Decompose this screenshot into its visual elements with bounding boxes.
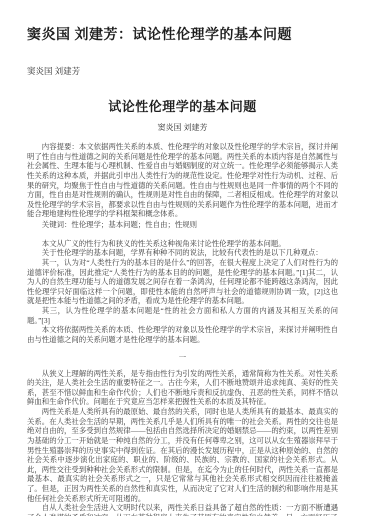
body-paragraph: 从狭义上理解的两性关系，是专指由性行为引发的两性关系，通常简称为性关系。对性关系… bbox=[27, 369, 338, 408]
body-paragraph: 两性关系是人类所具有的最原始、最自然的关系，同时也是人类所具有的最基本、最真实的… bbox=[27, 407, 338, 503]
body-paragraph: 自从人类社会生活进入文明时代以来，两性关系日益具备了超自然的性质：一方面不断遭遇… bbox=[27, 503, 338, 516]
document-page: 窦炎国 刘建芳：试论性伦理学的基本问题 窦炎国 刘建芳 试论性伦理学的基本问题 … bbox=[0, 0, 365, 516]
page-header-title: 窦炎国 刘建芳：试论性伦理学的基本问题 bbox=[27, 28, 338, 44]
section-divider: 一 bbox=[27, 352, 338, 363]
body-paragraph: 其一，认为对“人类性行为的基本目的是什么”的回答，在很大程度上决定了人们对性行为… bbox=[27, 258, 338, 306]
body-paragraph: 本文从广义的性行为和狭义的性关系这种视角来讨论性伦理学的基本问题。 bbox=[27, 239, 338, 249]
article-byline: 窦炎国 刘建芳 bbox=[27, 122, 338, 133]
abstract-paragraph: 内容提要：本文依据两性关系的本质、性伦理学的对象以及性伦理学的学术宗旨，探讨并阐… bbox=[27, 142, 338, 219]
body-paragraph: 其三，认为性伦理学的基本问题是“性的社会方面和私人方面的内涵及其相互关系的问题。… bbox=[27, 306, 338, 325]
body-paragraph: 关于性伦理学的基本问题，学界有种种不同的说法，比较有代表性的是以下几种观点： bbox=[27, 248, 338, 258]
keywords-line: 关键词：性伦理学；基本问题；性自由；性规则 bbox=[27, 220, 338, 230]
author-line: 窦炎国 刘建芳 bbox=[27, 65, 338, 77]
body-paragraph: 本文将依据两性关系的本质、性伦理学的对象以及性伦理学的学术宗旨，来探讨并阐明性自… bbox=[27, 325, 338, 344]
article-title: 试论性伦理学的基本问题 bbox=[27, 96, 338, 115]
